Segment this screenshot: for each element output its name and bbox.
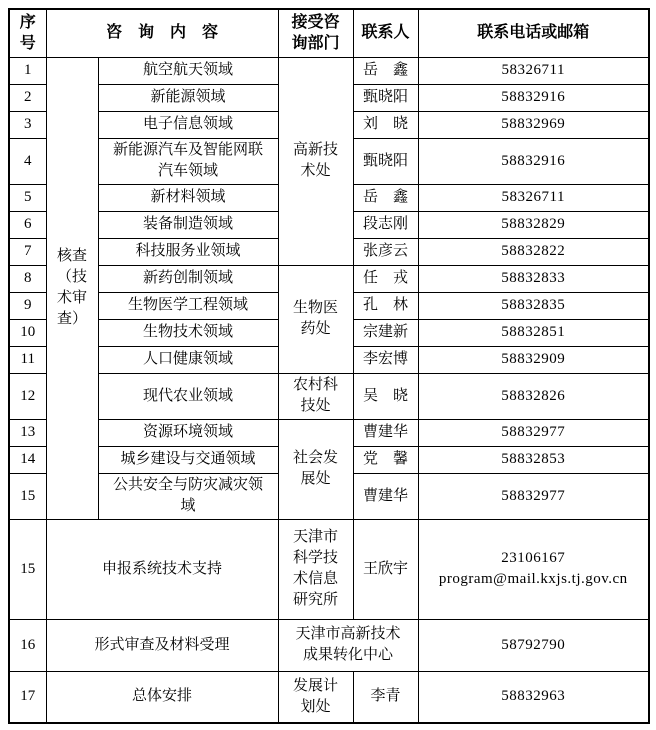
contact-cell: 李宏博 xyxy=(353,346,418,373)
serial-cell: 11 xyxy=(9,346,46,373)
contact-cell: 岳 鑫 xyxy=(353,57,418,84)
phone-cell: 58832916 xyxy=(418,84,649,111)
phone-cell: 58792790 xyxy=(418,619,649,671)
phone-cell: 58832969 xyxy=(418,111,649,138)
field-cell: 新材料领域 xyxy=(98,184,278,211)
contact-cell: 段志刚 xyxy=(353,211,418,238)
contact-cell: 岳 鑫 xyxy=(353,184,418,211)
dept-cell: 农村科 技处 xyxy=(278,373,353,419)
contact-cell: 甄晓阳 xyxy=(353,84,418,111)
serial-cell: 13 xyxy=(9,419,46,446)
serial-cell: 3 xyxy=(9,111,46,138)
header-serial: 序 号 xyxy=(9,9,46,57)
phone-cell: 58832833 xyxy=(418,265,649,292)
contact-cell: 张彦云 xyxy=(353,238,418,265)
contact-cell: 李青 xyxy=(353,671,418,723)
header-content: 咨 询 内 容 xyxy=(46,9,278,57)
field-cell: 科技服务业领域 xyxy=(98,238,278,265)
table-row: 12 现代农业领域 农村科 技处 吴 晓 58832826 xyxy=(9,373,649,419)
header-department: 接受咨 询部门 xyxy=(278,9,353,57)
serial-cell: 16 xyxy=(9,619,46,671)
field-cell: 总体安排 xyxy=(46,671,278,723)
field-cell: 形式审查及材料受理 xyxy=(46,619,278,671)
dept-cell: 社会发 展处 xyxy=(278,419,353,519)
field-cell: 新药创制领域 xyxy=(98,265,278,292)
contact-cell: 甄晓阳 xyxy=(353,138,418,184)
serial-cell: 6 xyxy=(9,211,46,238)
field-cell: 新能源领域 xyxy=(98,84,278,111)
field-cell: 生物技术领域 xyxy=(98,319,278,346)
phone-cell: 58832916 xyxy=(418,138,649,184)
field-cell: 装备制造领域 xyxy=(98,211,278,238)
serial-cell: 14 xyxy=(9,446,46,473)
header-phone: 联系电话或邮箱 xyxy=(418,9,649,57)
phone-cell: 58832826 xyxy=(418,373,649,419)
field-cell: 人口健康领域 xyxy=(98,346,278,373)
dept-cell: 天津市 科学技 术信息 研究所 xyxy=(278,519,353,619)
dept-cell: 生物医 药处 xyxy=(278,265,353,373)
phone-cell: 58832977 xyxy=(418,473,649,519)
contact-cell: 孔 林 xyxy=(353,292,418,319)
dept-cell: 发展计 划处 xyxy=(278,671,353,723)
table-row: 17 总体安排 发展计 划处 李青 58832963 xyxy=(9,671,649,723)
document-page: 序 号 咨 询 内 容 接受咨 询部门 联系人 联系电话或邮箱 1 核查 （技 … xyxy=(0,0,656,730)
contact-cell: 曹建华 xyxy=(353,473,418,519)
header-row: 序 号 咨 询 内 容 接受咨 询部门 联系人 联系电话或邮箱 xyxy=(9,9,649,57)
phone-cell: 58832977 xyxy=(418,419,649,446)
contact-cell: 吴 晓 xyxy=(353,373,418,419)
contact-cell: 党 馨 xyxy=(353,446,418,473)
table-row: 15 申报系统技术支持 天津市 科学技 术信息 研究所 王欣宇 23106167… xyxy=(9,519,649,619)
field-cell: 城乡建设与交通领域 xyxy=(98,446,278,473)
serial-cell: 5 xyxy=(9,184,46,211)
phone-cell: 58832822 xyxy=(418,238,649,265)
contact-cell: 刘 晓 xyxy=(353,111,418,138)
consultation-contact-table: 序 号 咨 询 内 容 接受咨 询部门 联系人 联系电话或邮箱 1 核查 （技 … xyxy=(8,8,650,724)
field-cell: 申报系统技术支持 xyxy=(46,519,278,619)
phone-cell: 58832853 xyxy=(418,446,649,473)
serial-cell: 4 xyxy=(9,138,46,184)
phone-email-cell: 23106167 program@mail.kxjs.tj.gov.cn xyxy=(418,519,649,619)
phone-cell: 58832829 xyxy=(418,211,649,238)
serial-cell: 17 xyxy=(9,671,46,723)
phone-cell: 58832963 xyxy=(418,671,649,723)
contact-cell: 宗建新 xyxy=(353,319,418,346)
field-cell: 生物医学工程领域 xyxy=(98,292,278,319)
field-cell: 航空航天领域 xyxy=(98,57,278,84)
serial-cell: 1 xyxy=(9,57,46,84)
dept-cell: 高新技 术处 xyxy=(278,57,353,265)
phone-cell: 58326711 xyxy=(418,57,649,84)
serial-cell: 7 xyxy=(9,238,46,265)
phone-cell: 58326711 xyxy=(418,184,649,211)
table-row: 13 资源环境领域 社会发 展处 曹建华 58832977 xyxy=(9,419,649,446)
field-cell: 资源环境领域 xyxy=(98,419,278,446)
serial-cell: 2 xyxy=(9,84,46,111)
phone-cell: 58832851 xyxy=(418,319,649,346)
phone-cell: 58832835 xyxy=(418,292,649,319)
dept-cell: 天津市高新技术 成果转化中心 xyxy=(278,619,418,671)
field-cell: 公共安全与防灾减灾领 域 xyxy=(98,473,278,519)
field-cell: 新能源汽车及智能网联 汽车领域 xyxy=(98,138,278,184)
serial-cell: 15 xyxy=(9,519,46,619)
serial-cell: 12 xyxy=(9,373,46,419)
contact-cell: 曹建华 xyxy=(353,419,418,446)
phone-cell: 58832909 xyxy=(418,346,649,373)
serial-cell: 9 xyxy=(9,292,46,319)
serial-cell: 15 xyxy=(9,473,46,519)
header-contact: 联系人 xyxy=(353,9,418,57)
table-row: 8 新药创制领域 生物医 药处 任 戎 58832833 xyxy=(9,265,649,292)
table-row: 16 形式审查及材料受理 天津市高新技术 成果转化中心 58792790 xyxy=(9,619,649,671)
serial-cell: 8 xyxy=(9,265,46,292)
serial-cell: 10 xyxy=(9,319,46,346)
group-label-cell: 核查 （技 术审 查） xyxy=(46,57,98,519)
field-cell: 现代农业领域 xyxy=(98,373,278,419)
table-row: 1 核查 （技 术审 查） 航空航天领域 高新技 术处 岳 鑫 58326711 xyxy=(9,57,649,84)
contact-cell: 王欣宇 xyxy=(353,519,418,619)
field-cell: 电子信息领域 xyxy=(98,111,278,138)
contact-cell: 任 戎 xyxy=(353,265,418,292)
